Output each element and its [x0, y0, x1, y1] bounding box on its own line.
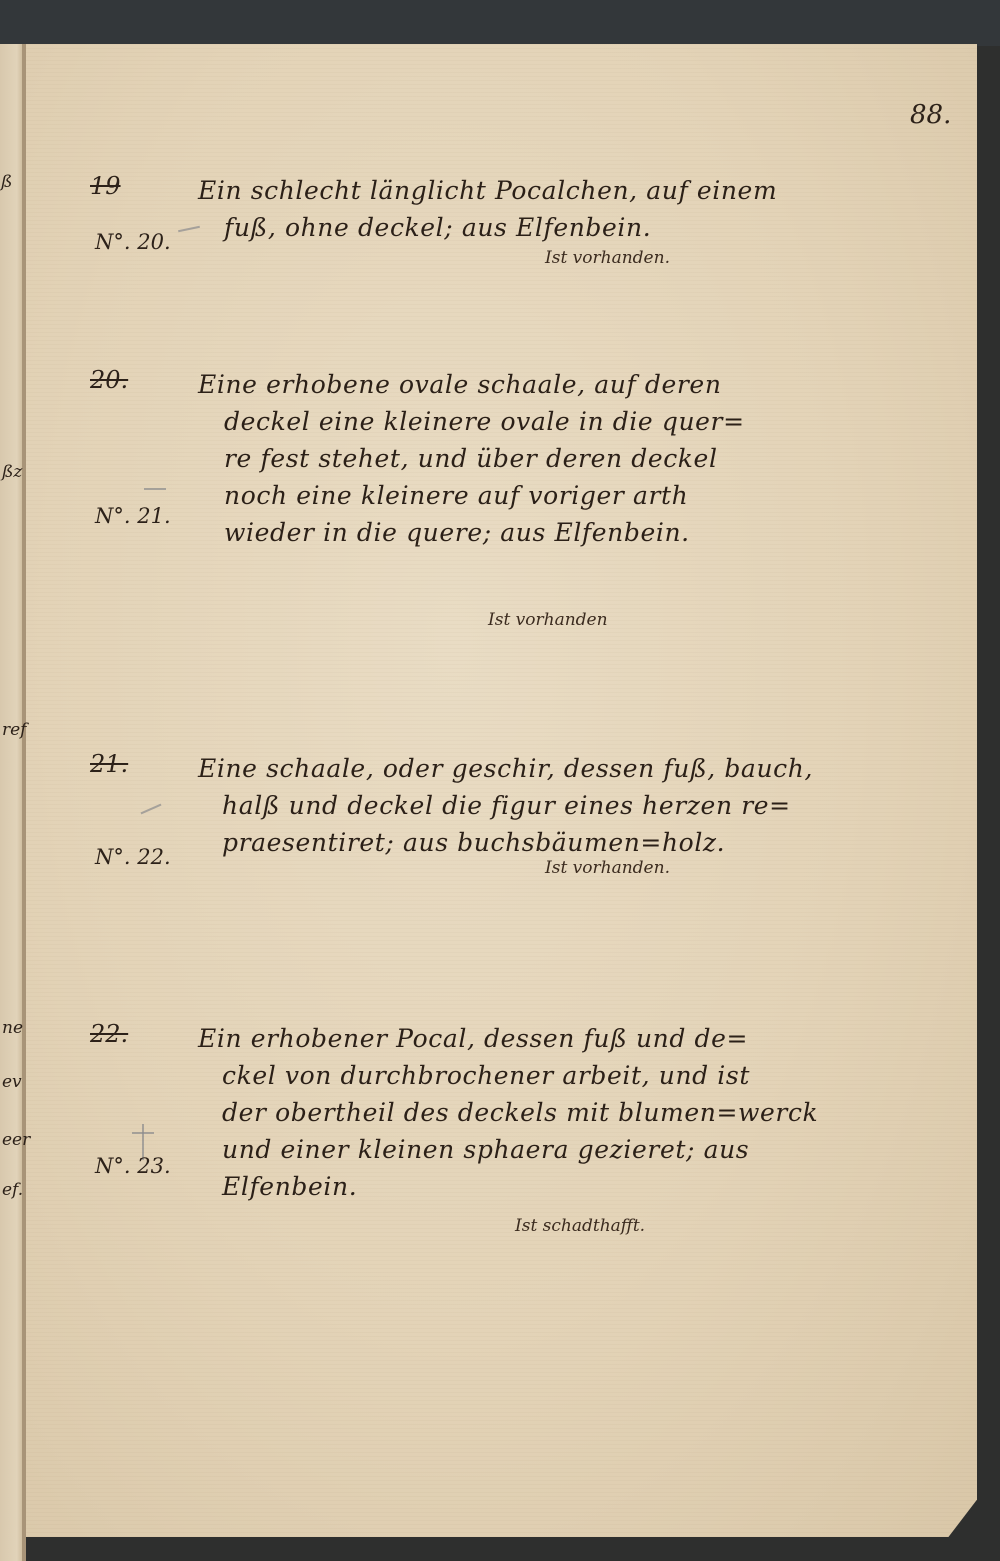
- entry-line: deckel eine kleinere ovale in die quer=: [198, 403, 973, 440]
- entry-line: Elfenbein.: [198, 1168, 973, 1205]
- entry-line: der obertheil des deckels mit blumen=wer…: [198, 1094, 973, 1131]
- old-entry-number: 20.: [90, 366, 128, 394]
- scan-background-top: [0, 0, 1000, 46]
- previous-page-fragment: ref: [2, 720, 26, 740]
- previous-page-edge: [0, 44, 24, 1561]
- entry-line: Eine erhobene ovale schaale, auf deren: [198, 366, 973, 403]
- previous-page-fragment: ßz: [2, 462, 22, 482]
- entry-line: wieder in die quere; aus Elfenbein.: [198, 514, 973, 551]
- new-entry-number: N°. 22.: [95, 845, 171, 869]
- status-note: Ist schadthafft.: [515, 1216, 645, 1236]
- entry-text: Eine erhobene ovale schaale, auf deren d…: [198, 366, 973, 551]
- old-entry-number: 19: [90, 172, 121, 200]
- entry-line: Eine schaale, oder geschir, dessen fuß, …: [198, 750, 973, 787]
- status-note: Ist vorhanden.: [545, 858, 670, 878]
- manuscript-page: 88. 19 N°. 20. Ein schlecht länglicht Po…: [25, 44, 977, 1537]
- old-entry-number: 21.: [90, 750, 128, 778]
- entry-line: noch eine kleinere auf voriger arth: [198, 477, 973, 514]
- entry-text: Eine schaale, oder geschir, dessen fuß, …: [198, 750, 973, 861]
- previous-page-fragment: ß: [1, 172, 12, 192]
- pencil-mark: [141, 804, 162, 815]
- new-entry-number: N°. 20.: [95, 230, 171, 254]
- page-number: 88.: [910, 100, 951, 130]
- new-entry-number: N°. 21.: [95, 504, 171, 528]
- entry-line: und einer kleinen sphaera gezieret; aus: [198, 1131, 973, 1168]
- pencil-mark: [132, 1132, 154, 1134]
- previous-page-fragment: ev: [2, 1072, 22, 1092]
- entry-line: Ein erhobener Pocal, dessen fuß und de=: [198, 1020, 973, 1057]
- entry-line: re fest stehet, und über deren deckel: [198, 440, 973, 477]
- page-gutter: [22, 44, 26, 1561]
- entry-line: praesentiret; aus buchsbäumen=holz.: [198, 824, 973, 861]
- pencil-mark: [178, 226, 200, 233]
- entry-text: Ein erhobener Pocal, dessen fuß und de= …: [198, 1020, 973, 1205]
- entry-line: halß und deckel die figur eines herzen r…: [198, 787, 973, 824]
- previous-page-fragment: ef.: [2, 1180, 23, 1200]
- new-entry-number: N°. 23.: [95, 1154, 171, 1178]
- old-entry-number: 22.: [90, 1020, 128, 1048]
- previous-page-fragment: ne: [2, 1018, 23, 1038]
- entry-line: fuß, ohne deckel; aus Elfenbein.: [198, 209, 973, 246]
- entry-text: Ein schlecht länglicht Pocalchen, auf ei…: [198, 172, 973, 246]
- pencil-mark: [144, 488, 166, 490]
- status-note: Ist vorhanden: [488, 610, 608, 630]
- status-note: Ist vorhanden.: [545, 248, 670, 268]
- entry-line: Ein schlecht länglicht Pocalchen, auf ei…: [198, 172, 973, 209]
- previous-page-fragment: eer: [2, 1130, 30, 1150]
- entry-line: ckel von durchbrochener arbeit, und ist: [198, 1057, 973, 1094]
